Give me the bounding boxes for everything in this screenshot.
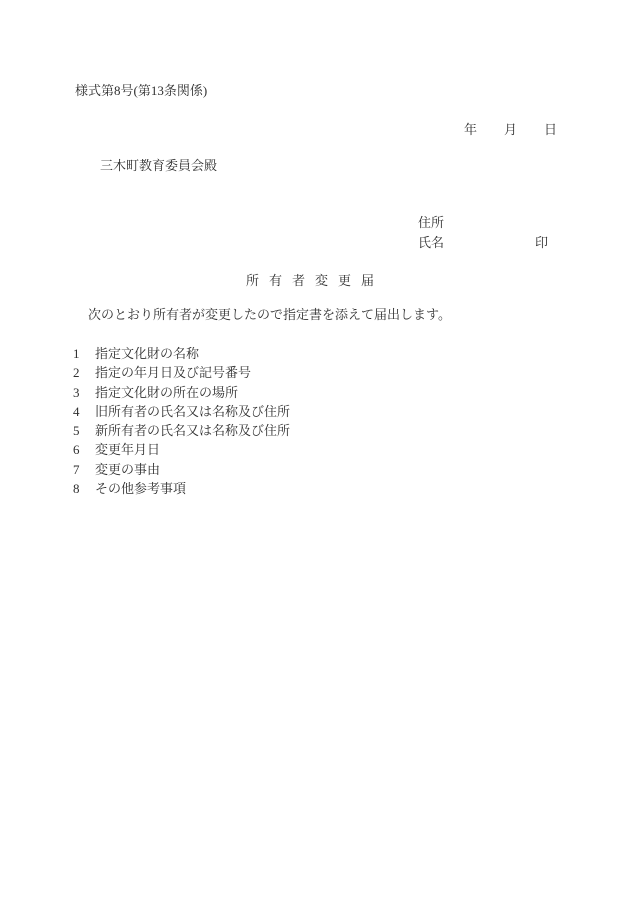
list-item: 3 指定文化財の所在の場所 bbox=[73, 386, 290, 405]
item-label: 旧所有者の氏名又は名称及び住所 bbox=[95, 405, 290, 418]
seal-label: 印 bbox=[535, 236, 548, 249]
item-number: 2 bbox=[73, 366, 95, 379]
date-line: 年 月 日 bbox=[464, 123, 557, 136]
item-number: 5 bbox=[73, 424, 95, 437]
item-label: 変更年月日 bbox=[95, 443, 160, 456]
item-number: 8 bbox=[73, 482, 95, 495]
list-item: 2 指定の年月日及び記号番号 bbox=[73, 366, 290, 385]
item-list: 1 指定文化財の名称 2 指定の年月日及び記号番号 3 指定文化財の所在の場所 … bbox=[73, 347, 290, 501]
addressee: 三木町教育委員会殿 bbox=[100, 159, 217, 172]
item-number: 6 bbox=[73, 443, 95, 456]
year-label: 年 bbox=[464, 123, 477, 136]
name-label: 氏名 bbox=[418, 236, 444, 249]
item-label: 変更の事由 bbox=[95, 463, 160, 476]
name-seal-row: 氏名 印 bbox=[418, 236, 548, 249]
list-item: 6 変更年月日 bbox=[73, 443, 290, 462]
item-label: 指定の年月日及び記号番号 bbox=[95, 366, 251, 379]
item-number: 7 bbox=[73, 463, 95, 476]
item-label: その他参考事項 bbox=[95, 482, 186, 495]
list-item: 8 その他参考事項 bbox=[73, 482, 290, 501]
item-number: 3 bbox=[73, 386, 95, 399]
item-label: 指定文化財の名称 bbox=[95, 347, 199, 360]
list-item: 4 旧所有者の氏名又は名称及び住所 bbox=[73, 405, 290, 424]
item-label: 新所有者の氏名又は名称及び住所 bbox=[95, 424, 290, 437]
month-label: 月 bbox=[504, 123, 517, 136]
item-number: 4 bbox=[73, 405, 95, 418]
item-label: 指定文化財の所在の場所 bbox=[95, 386, 238, 399]
list-item: 7 変更の事由 bbox=[73, 463, 290, 482]
list-item: 1 指定文化財の名称 bbox=[73, 347, 290, 366]
body-text: 次のとおり所有者が変更したので指定書を添えて届出します。 bbox=[88, 308, 451, 321]
day-label: 日 bbox=[544, 123, 557, 136]
form-number: 様式第8号(第13条関係) bbox=[75, 84, 207, 97]
document-page: 様式第8号(第13条関係) 年 月 日 三木町教育委員会殿 住所 氏名 印 所有… bbox=[0, 0, 630, 916]
list-item: 5 新所有者の氏名又は名称及び住所 bbox=[73, 424, 290, 443]
address-label: 住所 bbox=[418, 216, 444, 229]
item-number: 1 bbox=[73, 347, 95, 360]
document-title: 所有者変更届 bbox=[0, 274, 630, 287]
